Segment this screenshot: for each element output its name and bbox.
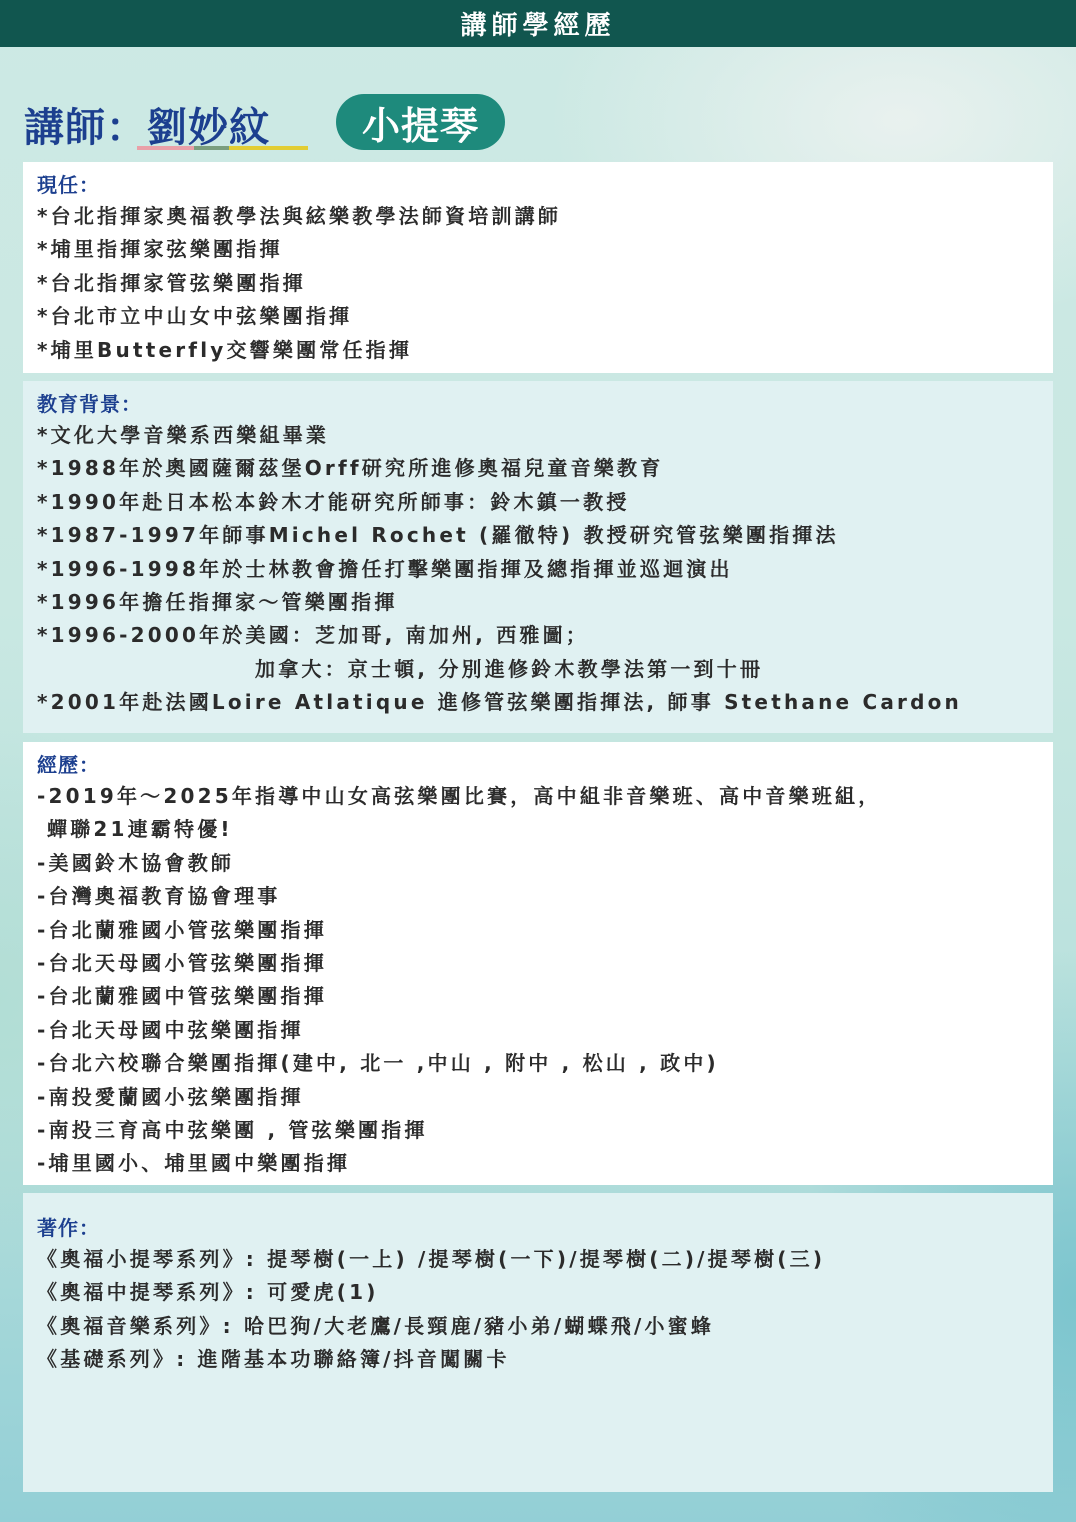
- underline-pink: [137, 146, 194, 150]
- page-title: 講師學經歷: [460, 5, 615, 42]
- section-publications: 著作： 《奧福小提琴系列》: 提琴樹(一上) /提琴樹(一下)/提琴樹(二)/提…: [23, 1193, 1053, 1492]
- section-experience: 經歷： -2019年～2025年指導中山女高弦樂團比賽，高中組非音樂班、高中音樂…: [23, 742, 1053, 1185]
- list-item: *1996-2000年於美國：芝加哥, 南加州, 西雅圖；: [37, 619, 1039, 652]
- list-item: -台灣奧福教育協會理事: [37, 880, 1039, 913]
- list-item: -台北蘭雅國中管弦樂團指揮: [37, 980, 1039, 1013]
- list-item: *1996-1998年於士林教會擔任打擊樂團指揮及總指揮並巡迴演出: [37, 553, 1039, 586]
- section-current: 現任： *台北指揮家奧福教學法與絃樂教學法師資培訓講師 *埔里指揮家弦樂團指揮 …: [23, 162, 1053, 373]
- list-item: *埔里指揮家弦樂團指揮: [37, 233, 1039, 266]
- page-header-bar: 講師學經歷: [0, 0, 1076, 47]
- list-item: -2019年～2025年指導中山女高弦樂團比賽，高中組非音樂班、高中音樂班組，: [37, 780, 1039, 813]
- instrument-badge: 小提琴: [336, 94, 505, 150]
- list-item: *埔里Butterfly交響樂團常任指揮: [37, 334, 1039, 367]
- section-heading: 教育背景：: [37, 389, 1039, 419]
- underline-yellow: [229, 146, 308, 150]
- list-item: -台北天母國中弦樂團指揮: [37, 1014, 1039, 1047]
- list-item: -台北天母國小管弦樂團指揮: [37, 947, 1039, 980]
- section-heading: 現任：: [37, 170, 1039, 200]
- list-item: 《奧福小提琴系列》: 提琴樹(一上) /提琴樹(一下)/提琴樹(二)/提琴樹(三…: [37, 1243, 1039, 1276]
- list-item: *台北市立中山女中弦樂團指揮: [37, 300, 1039, 333]
- list-item: *文化大學音樂系西樂組畢業: [37, 419, 1039, 452]
- list-item-continuation: 蟬聯21連霸特優!: [37, 813, 1039, 846]
- list-item: *台北指揮家奧福教學法與絃樂教學法師資培訓講師: [37, 200, 1039, 233]
- list-item: -台北蘭雅國小管弦樂團指揮: [37, 914, 1039, 947]
- list-item: *1987-1997年師事Michel Rochet (羅徹特) 教授研究管弦樂…: [37, 519, 1039, 552]
- list-item: 《基礎系列》: 進階基本功聯絡簿/抖音闖關卡: [37, 1343, 1039, 1376]
- list-item: *1996年擔任指揮家～管樂團指揮: [37, 586, 1039, 619]
- list-item: 《奧福音樂系列》: 哈巴狗/大老鷹/長頸鹿/豬小弟/蝴蝶飛/小蜜蜂: [37, 1310, 1039, 1343]
- section-heading: 著作：: [37, 1213, 1039, 1243]
- list-item: *1990年赴日本松本鈴木才能研究所師事：鈴木鎮一教授: [37, 486, 1039, 519]
- section-heading: 經歷：: [37, 750, 1039, 780]
- list-item: -南投三育高中弦樂團 , 管弦樂團指揮: [37, 1114, 1039, 1147]
- teacher-name: 講師：劉妙紋: [24, 96, 270, 153]
- list-item: -台北六校聯合樂團指揮(建中, 北一 ,中山 , 附中 , 松山 , 政中): [37, 1047, 1039, 1080]
- list-item-continuation: 加拿大：京士頓, 分別進修鈴木教學法第一到十冊: [37, 653, 1039, 686]
- list-item: -美國鈴木協會教師: [37, 847, 1039, 880]
- list-item: -南投愛蘭國小弦樂團指揮: [37, 1081, 1039, 1114]
- list-item: *2001年赴法國Loire Atlatique 進修管弦樂團指揮法, 師事 S…: [37, 686, 1039, 719]
- list-item: -埔里國小、埔里國中樂團指揮: [37, 1147, 1039, 1180]
- underline-green: [194, 146, 229, 150]
- list-item: *1988年於奧國薩爾茲堡Orff研究所進修奧福兒童音樂教育: [37, 452, 1039, 485]
- list-item: *台北指揮家管弦樂團指揮: [37, 267, 1039, 300]
- list-item: 《奧福中提琴系列》: 可愛虎(1): [37, 1276, 1039, 1309]
- section-education: 教育背景： *文化大學音樂系西樂組畢業 *1988年於奧國薩爾茲堡Orff研究所…: [23, 381, 1053, 733]
